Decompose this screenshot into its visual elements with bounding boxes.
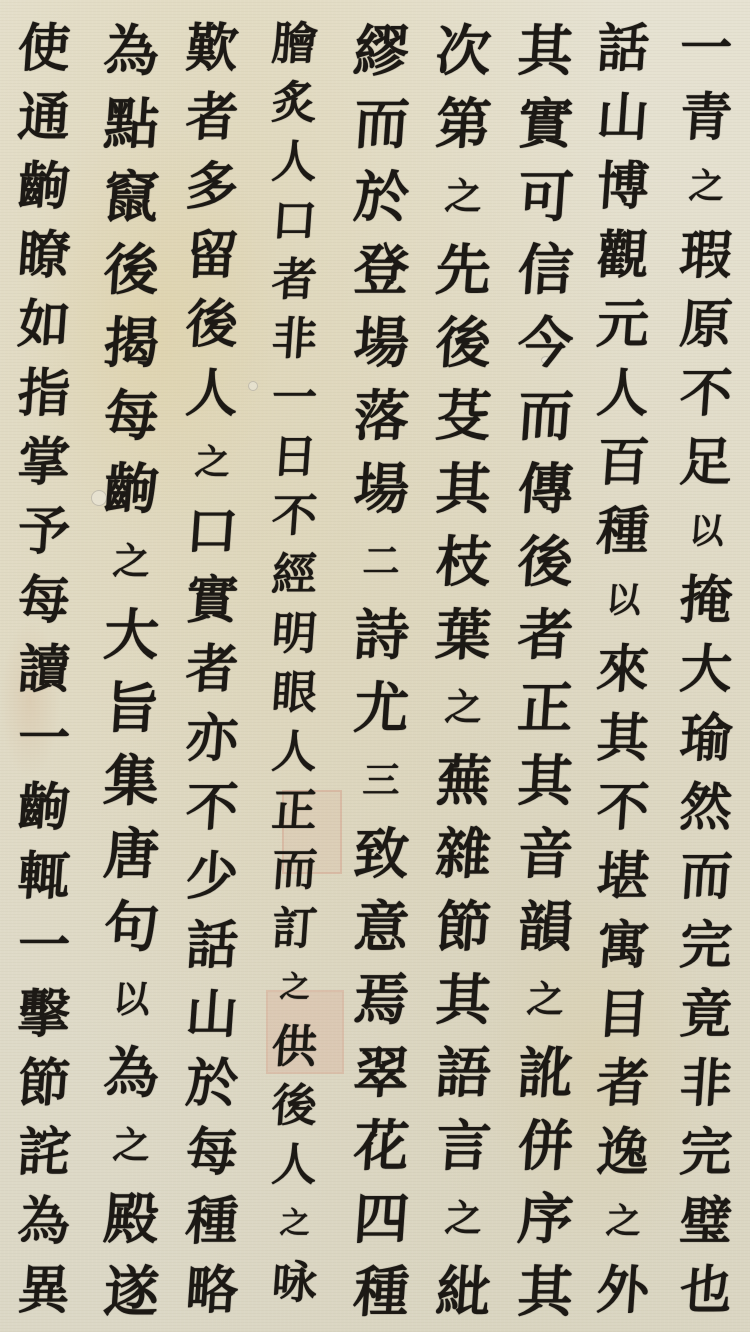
text-column-8: 為點竄後揭每齣之大旨集唐句以為之殿遂: [104, 14, 159, 1328]
calligraphy-character: 不: [184, 773, 241, 842]
text-column-6: 膾炙人口者非一日不經明眼人正而訂之供後人之咏: [272, 14, 317, 1312]
calligraphy-character: 齣: [101, 452, 161, 525]
calligraphy-character: 種: [595, 497, 652, 566]
calligraphy-character: 者: [184, 635, 241, 704]
calligraphy-character: 齣: [16, 152, 73, 221]
calligraphy-character: 人: [270, 1135, 319, 1194]
text-column-1: 一青之瑕原不足以掩大瑜然而完竟非完璧也: [680, 14, 732, 1325]
calligraphy-character: 不: [595, 773, 652, 842]
calligraphy-character: 種: [184, 1187, 241, 1256]
calligraphy-character: 者: [184, 83, 241, 152]
calligraphy-character: 掌: [16, 428, 73, 497]
text-column-3: 其實可信今而傳後者正其音韻之訛併序其: [518, 14, 573, 1328]
calligraphy-character: 瞭: [16, 221, 73, 290]
calligraphy-character: 言: [433, 1109, 493, 1182]
calligraphy-character: 觀: [595, 221, 652, 290]
calligraphy-character: 之: [277, 1194, 311, 1253]
calligraphy-character: 為: [101, 1036, 161, 1109]
calligraphy-character: 堪: [595, 842, 652, 911]
calligraphy-character: 翠: [351, 1036, 411, 1109]
calligraphy-character: 登: [351, 233, 411, 306]
calligraphy-character: 尤: [351, 671, 411, 744]
calligraphy-character: 目: [595, 980, 652, 1049]
calligraphy-character: 然: [678, 773, 735, 842]
calligraphy-character: 焉: [351, 963, 411, 1036]
text-column-4: 次第之先後芟其枝葉之蕪雜節其語言之紕: [436, 14, 491, 1328]
calligraphy-character: 人: [270, 722, 319, 781]
calligraphy-character: 口: [184, 497, 241, 566]
calligraphy-character: 雜: [433, 817, 493, 890]
calligraphy-character: 揭: [101, 306, 161, 379]
calligraphy-character: 人: [595, 359, 652, 428]
calligraphy-character: 之: [192, 428, 232, 497]
calligraphy-character: 實: [184, 566, 241, 635]
calligraphy-character: 種: [351, 1255, 411, 1328]
calligraphy-character: 璧: [678, 1187, 735, 1256]
calligraphy-character: 其: [595, 704, 652, 773]
calligraphy-character: 而: [270, 840, 319, 899]
calligraphy-character: 其: [433, 963, 493, 1036]
calligraphy-character: 傳: [515, 452, 575, 525]
calligraphy-character: 供: [270, 1017, 319, 1076]
calligraphy-character: 異: [16, 1256, 73, 1325]
calligraphy-character: 之: [524, 963, 566, 1036]
calligraphy-character: 人: [184, 359, 241, 428]
calligraphy-character: 多: [184, 152, 241, 221]
calligraphy-character: 其: [515, 14, 575, 87]
calligraphy-character: 音: [515, 817, 575, 890]
calligraphy-character: 略: [184, 1256, 241, 1325]
calligraphy-character: 擊: [16, 980, 73, 1049]
calligraphy-character: 信: [515, 233, 575, 306]
calligraphy-character: 話: [595, 14, 652, 83]
calligraphy-character: 之: [442, 671, 484, 744]
calligraphy-character: 如: [16, 290, 73, 359]
calligraphy-character: 之: [110, 1109, 152, 1182]
calligraphy-character: 每: [184, 1118, 241, 1187]
calligraphy-character: 通: [16, 83, 73, 152]
calligraphy-character: 後: [184, 290, 241, 359]
calligraphy-character: 併: [515, 1109, 575, 1182]
calligraphy-character: 掩: [678, 566, 735, 635]
calligraphy-character: 足: [678, 428, 735, 497]
calligraphy-character: 其: [515, 1255, 575, 1328]
calligraphy-character: 之: [442, 160, 484, 233]
calligraphy-character: 點: [101, 87, 161, 160]
calligraphy-character: 後: [515, 525, 575, 598]
calligraphy-character: 其: [515, 744, 575, 817]
calligraphy-character: 之: [277, 958, 311, 1017]
calligraphy-character: 一: [16, 704, 73, 773]
calligraphy-character: 節: [16, 1049, 73, 1118]
calligraphy-character: 落: [351, 379, 411, 452]
calligraphy-character: 竟: [678, 980, 735, 1049]
calligraphy-character: 後: [433, 306, 493, 379]
calligraphy-character: 意: [351, 890, 411, 963]
calligraphy-character: 繆: [351, 14, 411, 87]
calligraphy-character: 膾: [270, 14, 319, 73]
calligraphy-character: 口: [270, 191, 319, 250]
calligraphy-character: 芟: [433, 379, 493, 452]
calligraphy-character: 三: [360, 744, 402, 817]
calligraphy-character: 日: [270, 427, 319, 486]
calligraphy-character: 百: [595, 428, 652, 497]
calligraphy-character: 每: [101, 379, 161, 452]
calligraphy-character: 花: [351, 1109, 411, 1182]
calligraphy-character: 於: [184, 1049, 241, 1118]
calligraphy-character: 而: [678, 842, 735, 911]
calligraphy-character: 人: [270, 132, 319, 191]
calligraphy-character: 完: [678, 911, 735, 980]
calligraphy-character: 場: [351, 452, 411, 525]
calligraphy-character: 使: [16, 14, 73, 83]
calligraphy-character: 之: [442, 1182, 484, 1255]
calligraphy-character: 不: [678, 359, 735, 428]
text-column-9: 使通齣瞭如指掌予每讀一齣輒一擊節詫為異: [18, 14, 70, 1325]
calligraphy-character: 訂: [270, 899, 319, 958]
calligraphy-character: 咏: [270, 1253, 319, 1312]
calligraphy-character: 後: [101, 233, 161, 306]
text-column-7: 歎者多留後人之口實者亦不少話山於每種略: [186, 14, 238, 1325]
calligraphy-character: 而: [351, 87, 411, 160]
calligraphy-character: 訛: [515, 1036, 575, 1109]
calligraphy-character: 語: [433, 1036, 493, 1109]
calligraphy-character: 詩: [351, 598, 411, 671]
calligraphy-character: 句: [101, 890, 161, 963]
calligraphy-character: 非: [678, 1049, 735, 1118]
calligraphy-character: 完: [678, 1118, 735, 1187]
calligraphy-character: 之: [686, 152, 726, 221]
calligraphy-character: 旨: [101, 671, 161, 744]
calligraphy-character: 炙: [270, 73, 319, 132]
paper-hole: [248, 381, 258, 391]
calligraphy-character: 先: [433, 233, 493, 306]
calligraphy-character: 枝: [433, 525, 493, 598]
calligraphy-character: 博: [595, 152, 652, 221]
calligraphy-character: 者: [515, 598, 575, 671]
calligraphy-character: 為: [101, 14, 161, 87]
calligraphy-character: 輒: [16, 842, 73, 911]
calligraphy-character: 也: [678, 1256, 735, 1325]
calligraphy-character: 之: [603, 1187, 643, 1256]
calligraphy-character: 之: [110, 525, 152, 598]
calligraphy-character: 青: [678, 83, 735, 152]
calligraphy-character: 眼: [270, 663, 319, 722]
calligraphy-character: 以: [686, 497, 726, 566]
calligraphy-character: 大: [101, 598, 161, 671]
calligraphy-character: 每: [16, 566, 73, 635]
calligraphy-character: 少: [184, 842, 241, 911]
calligraphy-character: 不: [270, 486, 319, 545]
text-column-5: 繆而於登場落場二詩尤三致意焉翠花四種: [354, 14, 409, 1328]
calligraphy-character: 原: [678, 290, 735, 359]
calligraphy-character: 明: [270, 604, 319, 663]
calligraphy-character: 集: [101, 744, 161, 817]
calligraphy-character: 讀: [16, 635, 73, 704]
calligraphy-character: 唐: [101, 817, 161, 890]
calligraphy-character: 次: [433, 14, 493, 87]
calligraphy-character: 一: [16, 911, 73, 980]
calligraphy-character: 者: [270, 250, 319, 309]
calligraphy-character: 正: [515, 671, 575, 744]
calligraphy-character: 一: [678, 14, 735, 83]
calligraphy-character: 實: [515, 87, 575, 160]
calligraphy-character: 紕: [433, 1255, 493, 1328]
calligraphy-character: 留: [184, 221, 241, 290]
calligraphy-character: 二: [360, 525, 402, 598]
calligraphy-character: 以: [603, 566, 643, 635]
calligraphy-character: 葉: [433, 598, 493, 671]
calligraphy-character: 瑕: [678, 221, 735, 290]
calligraphy-character: 遂: [101, 1255, 161, 1328]
calligraphy-character: 齣: [16, 773, 73, 842]
calligraphy-character: 瑜: [678, 704, 735, 773]
calligraphy-character: 可: [515, 160, 575, 233]
calligraphy-character: 者: [595, 1049, 652, 1118]
calligraphy-character: 正: [270, 781, 319, 840]
calligraphy-character: 指: [16, 359, 73, 428]
calligraphy-character: 經: [270, 545, 319, 604]
calligraphy-character: 詫: [16, 1118, 73, 1187]
calligraphy-character: 亦: [184, 704, 241, 773]
calligraphy-character: 序: [515, 1182, 575, 1255]
calligraphy-character: 大: [678, 635, 735, 704]
calligraphy-character: 後: [270, 1076, 319, 1135]
calligraphy-character: 竄: [101, 160, 161, 233]
calligraphy-character: 非: [270, 309, 319, 368]
calligraphy-character: 而: [515, 379, 575, 452]
calligraphy-character: 外: [595, 1256, 652, 1325]
calligraphy-character: 話: [184, 911, 241, 980]
calligraphy-character: 致: [351, 817, 411, 890]
calligraphy-character: 場: [351, 306, 411, 379]
calligraphy-character: 寓: [595, 911, 652, 980]
calligraphy-character: 來: [595, 635, 652, 704]
calligraphy-character: 山: [595, 83, 652, 152]
calligraphy-character: 韻: [515, 890, 575, 963]
calligraphy-character: 歎: [184, 14, 241, 83]
calligraphy-character: 蕪: [433, 744, 493, 817]
calligraphy-character: 殿: [101, 1182, 161, 1255]
calligraphy-character: 逸: [595, 1118, 652, 1187]
calligraphy-character: 予: [16, 497, 73, 566]
calligraphy-character: 第: [433, 87, 493, 160]
calligraphy-character: 其: [433, 452, 493, 525]
calligraphy-character: 以: [110, 963, 152, 1036]
calligraphy-character: 元: [595, 290, 652, 359]
calligraphy-page: 一青之瑕原不足以掩大瑜然而完竟非完璧也 話山博觀元人百種以來其不堪寓目者逸之外 …: [0, 0, 750, 1332]
calligraphy-character: 於: [351, 160, 411, 233]
calligraphy-character: 今: [515, 306, 575, 379]
calligraphy-character: 節: [433, 890, 493, 963]
calligraphy-character: 為: [16, 1187, 73, 1256]
calligraphy-character: 山: [184, 980, 241, 1049]
calligraphy-character: 四: [351, 1182, 411, 1255]
calligraphy-character: 一: [270, 368, 319, 427]
text-column-2: 話山博觀元人百種以來其不堪寓目者逸之外: [597, 14, 649, 1325]
